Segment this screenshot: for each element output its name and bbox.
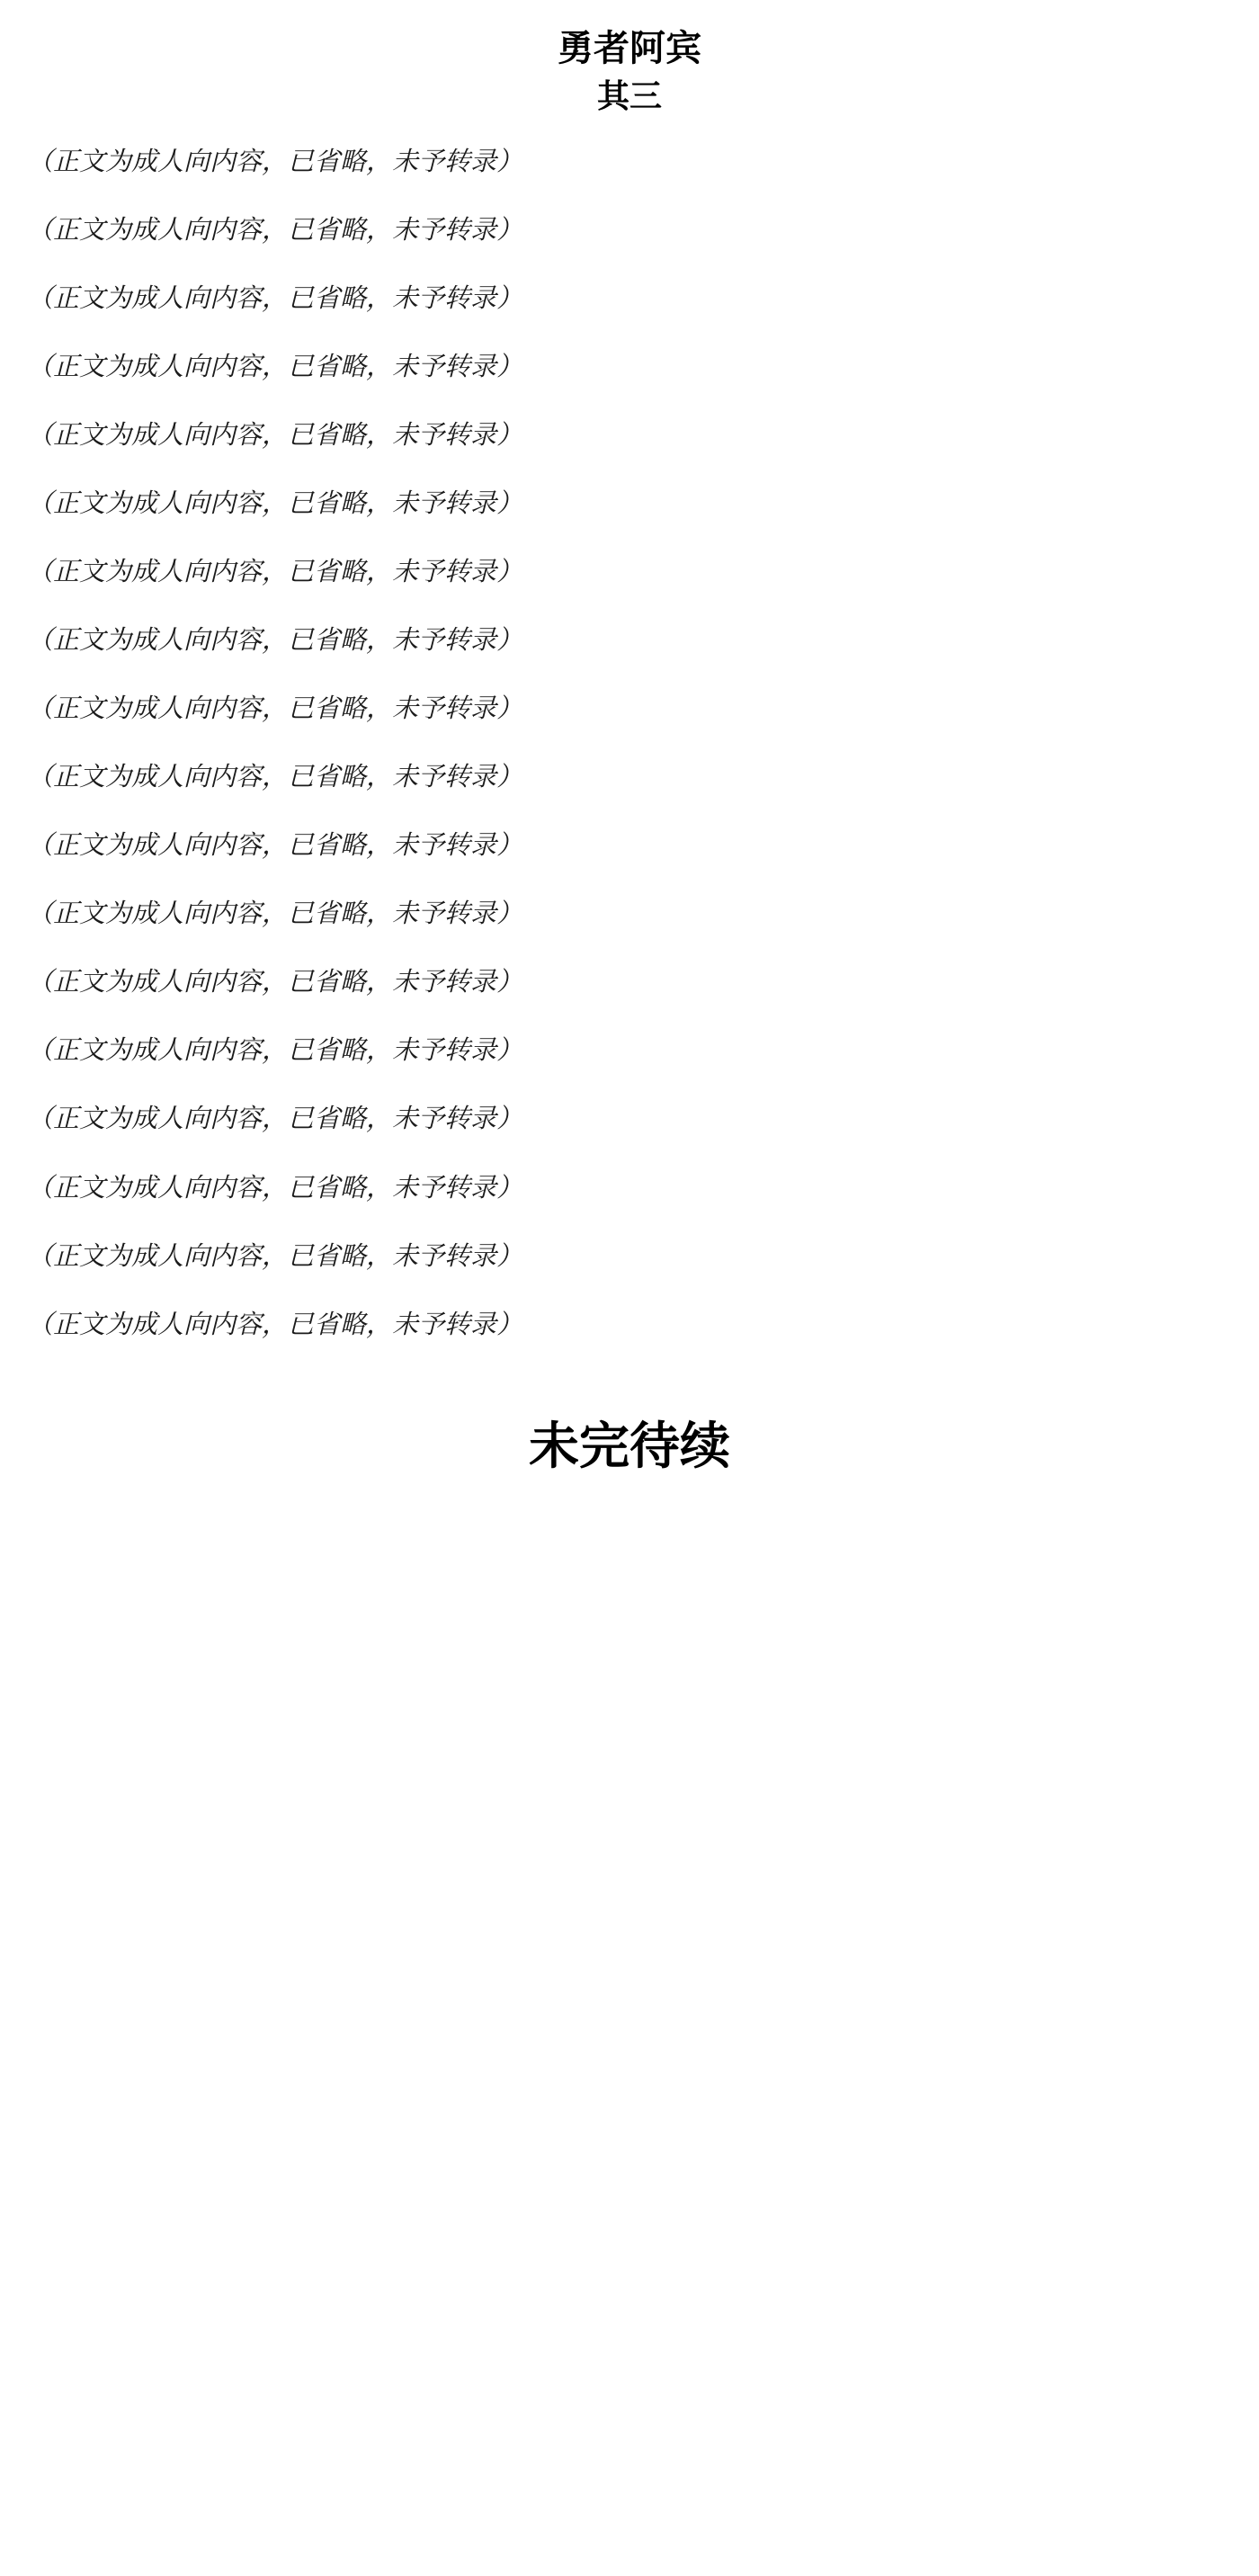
- paragraph-placeholder: （正文为成人向内容，已省略，未予转录）: [27, 1032, 1232, 1069]
- paragraph-placeholder: （正文为成人向内容，已省略，未予转录）: [27, 211, 1232, 249]
- paragraph-placeholder: （正文为成人向内容，已省略，未予转录）: [27, 280, 1232, 318]
- paragraph-placeholder: （正文为成人向内容，已省略，未予转录）: [27, 348, 1232, 386]
- paragraph-placeholder: （正文为成人向内容，已省略，未予转录）: [27, 553, 1232, 591]
- paragraph-placeholder: （正文为成人向内容，已省略，未予转录）: [27, 690, 1232, 728]
- paragraph-placeholder: （正文为成人向内容，已省略，未予转录）: [27, 1169, 1232, 1207]
- document-page: 勇者阿宾 其三 （正文为成人向内容，已省略，未予转录）（正文为成人向内容，已省略…: [0, 0, 1259, 2576]
- chapter-heading: 其三: [27, 76, 1232, 118]
- paragraph-placeholder: （正文为成人向内容，已省略，未予转录）: [27, 1100, 1232, 1138]
- paragraph-placeholder: （正文为成人向内容，已省略，未予转录）: [27, 143, 1232, 181]
- to-be-continued-footer: 未完待续: [27, 1407, 1232, 1479]
- paragraph-placeholder: （正文为成人向内容，已省略，未予转录）: [27, 1238, 1232, 1275]
- paragraph-placeholder: （正文为成人向内容，已省略，未予转录）: [27, 622, 1232, 659]
- paragraph-placeholder: （正文为成人向内容，已省略，未予转录）: [27, 963, 1232, 1001]
- paragraph-placeholder: （正文为成人向内容，已省略，未予转录）: [27, 758, 1232, 796]
- paragraph-placeholder: （正文为成人向内容，已省略，未予转录）: [27, 485, 1232, 523]
- paragraph-placeholder: （正文为成人向内容，已省略，未予转录）: [27, 895, 1232, 933]
- paragraph-placeholder: （正文为成人向内容，已省略，未予转录）: [27, 1306, 1232, 1344]
- paragraph-placeholder: （正文为成人向内容，已省略，未予转录）: [27, 827, 1232, 864]
- body-text: （正文为成人向内容，已省略，未予转录）（正文为成人向内容，已省略，未予转录）（正…: [27, 143, 1232, 1344]
- page-title: 勇者阿宾: [27, 25, 1232, 72]
- paragraph-placeholder: （正文为成人向内容，已省略，未予转录）: [27, 416, 1232, 454]
